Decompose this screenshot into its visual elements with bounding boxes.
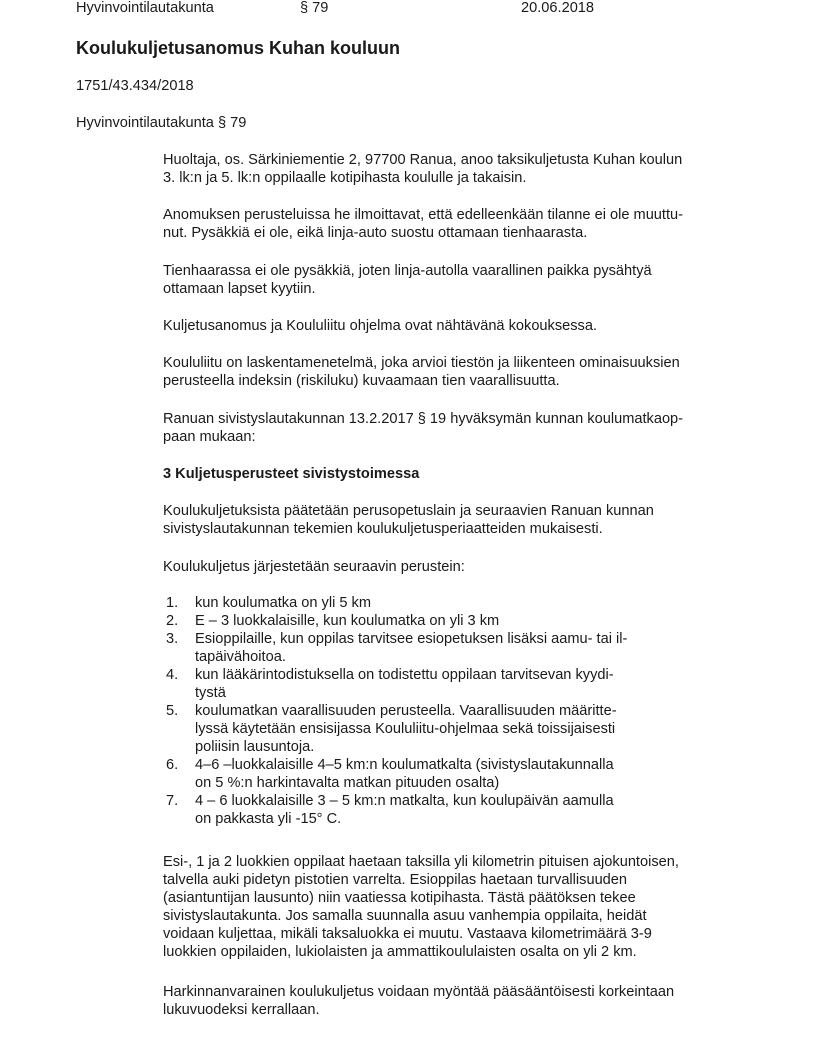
criteria-list: 1. kun koulumatka on yli 5 km 2. E – 3 l… xyxy=(163,594,723,828)
list-number: 3. xyxy=(166,630,178,648)
list-item: 7. 4 – 6 luokkalaisille 3 – 5 km:n matka… xyxy=(163,792,723,828)
text-line: ottamaan lapset kyytiin. xyxy=(163,280,743,298)
text-line: tapäivähoitoa. xyxy=(195,648,723,666)
text-line: 4 – 6 luokkalaisille 3 – 5 km:n matkalta… xyxy=(195,792,723,810)
text-line: (asiantuntijan lausunto) niin vaatiessa … xyxy=(163,889,743,907)
text-line: on 5 %:n harkintavalta matkan pituuden o… xyxy=(195,774,723,792)
text-line: Huoltaja, os. Särkiniementie 2, 97700 Ra… xyxy=(163,151,743,169)
paragraph-junction: Tienhaarassa ei ole pysäkkiä, joten linj… xyxy=(163,262,743,298)
list-number: 1. xyxy=(166,594,178,612)
paragraph-application: Huoltaja, os. Särkiniementie 2, 97700 Ra… xyxy=(163,151,743,187)
text-line: paan mukaan: xyxy=(163,428,743,446)
document-title: Koulukuljetusanomus Kuhan kouluun xyxy=(76,37,400,59)
list-number: 4. xyxy=(166,666,178,684)
text-line: Harkinnanvarainen koulukuljetus voidaan … xyxy=(163,983,743,1001)
paragraph-young-pupils: Esi-, 1 ja 2 luokkien oppilaat haetaan t… xyxy=(163,853,743,961)
text-line: perusteella indeksin (riskiluku) kuvaama… xyxy=(163,372,743,390)
paragraph-decisions: Koulukuljetuksista päätetään perusopetus… xyxy=(163,502,743,538)
text-line: lyssä käytetään ensisijassa Koululiitu-o… xyxy=(195,720,723,738)
list-item: 5. koulumatkan vaarallisuuden perusteell… xyxy=(163,702,723,756)
list-item: 6. 4–6 –luokkalaisille 4–5 km:n koulumat… xyxy=(163,756,723,792)
text-line: 4–6 –luokkalaisille 4–5 km:n koulumatkal… xyxy=(195,756,723,774)
text-line: on pakkasta yli -15° C. xyxy=(195,810,723,828)
text-line: nut. Pysäkkiä ei ole, eikä linja-auto su… xyxy=(163,224,743,242)
list-item: 4. kun lääkärintodistuksella on todistet… xyxy=(163,666,723,702)
board-section-label: Hyvinvointilautakunta § 79 xyxy=(76,114,246,132)
reference-number: 1751/43.434/2018 xyxy=(76,77,194,95)
text-line: kun koulumatka on yli 5 km xyxy=(195,594,723,612)
text-line: Ranuan sivistyslautakunnan 13.2.2017 § 1… xyxy=(163,410,743,428)
text-line: kun lääkärintodistuksella on todistettu … xyxy=(195,666,723,684)
list-number: 7. xyxy=(166,792,178,810)
text-line: poliisin lausuntoja. xyxy=(195,738,723,756)
paragraph-justification: Anomuksen perusteluissa he ilmoittavat, … xyxy=(163,206,743,242)
header-board-name: Hyvinvointilautakunta xyxy=(76,0,214,17)
list-item: 1. kun koulumatka on yli 5 km xyxy=(163,594,723,612)
list-number: 5. xyxy=(166,702,178,720)
text-line: voidaan kuljettaa, mikäli taksaluokka ei… xyxy=(163,925,743,943)
header-date: 20.06.2018 xyxy=(521,0,594,17)
text-line: lukuvuodeksi kerrallaan. xyxy=(163,1001,743,1019)
list-item: 2. E – 3 luokkalaisille, kun koulumatka … xyxy=(163,612,723,630)
text-line: Esioppilaille, kun oppilas tarvitsee esi… xyxy=(195,630,723,648)
text-line: Koulukuljetuksista päätetään perusopetus… xyxy=(163,502,743,520)
paragraph-criteria-intro: Koulukuljetus järjestetään seuraavin per… xyxy=(163,558,743,576)
section-heading: 3 Kuljetusperusteet sivistystoimessa xyxy=(163,465,743,483)
text-line: Esi-, 1 ja 2 luokkien oppilaat haetaan t… xyxy=(163,853,743,871)
paragraph-guide-reference: Ranuan sivistyslautakunnan 13.2.2017 § 1… xyxy=(163,410,743,446)
text-line: sivistyslautakunta. Jos samalla suunnall… xyxy=(163,907,743,925)
text-line: Koulukuljetus järjestetään seuraavin per… xyxy=(163,558,743,576)
text-line: koulumatkan vaarallisuuden perusteella. … xyxy=(195,702,723,720)
text-line: Koululiitu on laskentamenetelmä, joka ar… xyxy=(163,354,743,372)
text-line: sivistyslautakunnan tekemien koulukuljet… xyxy=(163,520,743,538)
text-line: luokkien oppilaiden, lukiolaisten ja amm… xyxy=(163,943,743,961)
paragraph-attachments: Kuljetusanomus ja Koululiitu ohjelma ova… xyxy=(163,317,743,335)
text-line: 3. lk:n ja 5. lk:n oppilaalle kotipihast… xyxy=(163,169,743,187)
text-line: Tienhaarassa ei ole pysäkkiä, joten linj… xyxy=(163,262,743,280)
text-line: E – 3 luokkalaisille, kun koulumatka on … xyxy=(195,612,723,630)
paragraph-koululiitu: Koululiitu on laskentamenetelmä, joka ar… xyxy=(163,354,743,390)
list-item: 3. Esioppilaille, kun oppilas tarvitsee … xyxy=(163,630,723,666)
text-line: Kuljetusanomus ja Koululiitu ohjelma ova… xyxy=(163,317,743,335)
header-section-number: § 79 xyxy=(300,0,328,17)
list-number: 2. xyxy=(166,612,178,630)
text-line: talvella auki pidetyn pistotien varrelta… xyxy=(163,871,743,889)
text-line: Anomuksen perusteluissa he ilmoittavat, … xyxy=(163,206,743,224)
list-number: 6. xyxy=(166,756,178,774)
text-line: tystä xyxy=(195,684,723,702)
paragraph-discretionary: Harkinnanvarainen koulukuljetus voidaan … xyxy=(163,983,743,1019)
